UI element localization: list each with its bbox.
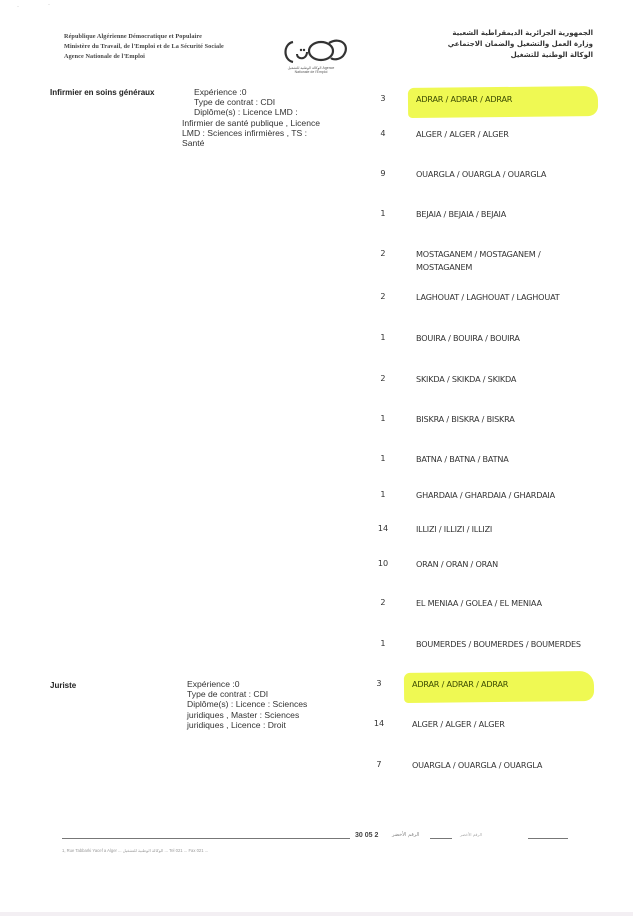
location-row: 14ILLIZI / ILLIZI / ILLIZI xyxy=(370,523,610,553)
location-name: BEJAIA / BEJAIA / BEJAIA xyxy=(416,208,594,221)
header-line-republic: République Algérienne Démocratique et Po… xyxy=(64,32,284,42)
location-name: EL MENIAA / GOLEA / EL MENIAA xyxy=(416,597,594,610)
footer-address: 1, Rue Tabbarki Yacef a Alger ... الوكال… xyxy=(62,848,572,853)
location-row: 1BOUMERDES / BOUMERDES / BOUMERDES xyxy=(370,638,610,668)
location-name: MOSTAGANEM / MOSTAGANEM / MOSTAGANEM xyxy=(416,248,594,273)
location-row: 2SKIKDA / SKIKDA / SKIKDA xyxy=(370,373,610,403)
location-row: 9OUARGLA / OUARGLA / OUARGLA xyxy=(370,168,610,198)
bottom-edge xyxy=(0,912,633,916)
location-row: 10ORAN / ORAN / ORAN xyxy=(370,558,610,588)
location-row: 1BISKRA / BISKRA / BISKRA xyxy=(370,413,610,443)
location-count: 3 xyxy=(366,678,392,688)
detail-line: Type de contrat : CDI xyxy=(194,97,372,107)
job-title: Juriste xyxy=(50,681,76,690)
location-row: 4ALGER / ALGER / ALGER xyxy=(370,128,610,158)
location-row: 1BATNA / BATNA / BATNA xyxy=(370,453,610,483)
location-name: ALGER / ALGER / ALGER xyxy=(412,718,590,731)
location-count: 1 xyxy=(370,638,396,648)
location-count: 1 xyxy=(370,453,396,463)
location-count: 2 xyxy=(370,291,396,301)
detail-line: Expérience :0 xyxy=(187,679,365,689)
location-name: ORAN / ORAN / ORAN xyxy=(416,558,594,571)
location-row: 3ADRAR / ADRAR / ADRAR xyxy=(366,678,606,708)
location-count: 2 xyxy=(370,248,396,258)
footer-divider xyxy=(430,838,452,839)
location-count: 4 xyxy=(370,128,396,138)
location-count: 9 xyxy=(370,168,396,178)
location-name: ADRAR / ADRAR / ADRAR xyxy=(416,93,594,106)
header-right-arabic: الجمهورية الجزائرية الديمقراطية الشعبية … xyxy=(363,28,593,61)
location-count: 1 xyxy=(370,489,396,499)
header-line-ministry: Ministère du Travail, de l'Emploi et de … xyxy=(64,42,284,52)
location-name: ILLIZI / ILLIZI / ILLIZI xyxy=(416,523,594,536)
location-row: 2LAGHOUAT / LAGHOUAT / LAGHOUAT xyxy=(370,291,610,321)
location-name: GHARDAIA / GHARDAIA / GHARDAIA xyxy=(416,489,594,502)
detail-line: juridiques , Master : Sciences xyxy=(187,710,365,720)
location-name: BOUIRA / BOUIRA / BOUIRA xyxy=(416,332,594,345)
scan-artifact: · xyxy=(17,4,19,10)
detail-line: Diplôme(s) : Licence LMD : xyxy=(194,107,372,117)
location-name: ADRAR / ADRAR / ADRAR xyxy=(412,678,590,691)
footer-arabic-small: الرقم الأخضر xyxy=(460,832,482,837)
location-count: 1 xyxy=(370,208,396,218)
location-name: BISKRA / BISKRA / BISKRA xyxy=(416,413,594,426)
detail-line: Infirmier de santé publique , Licence xyxy=(182,118,372,128)
location-count: 7 xyxy=(366,759,392,769)
location-count: 14 xyxy=(370,523,396,533)
location-count: 14 xyxy=(366,718,392,728)
job-details: Expérience :0 Type de contrat : CDI Dipl… xyxy=(194,87,372,148)
location-count: 2 xyxy=(370,373,396,383)
location-row: 1BEJAIA / BEJAIA / BEJAIA xyxy=(370,208,610,238)
location-count: 1 xyxy=(370,413,396,423)
location-name: OUARGLA / OUARGLA / OUARGLA xyxy=(416,168,594,181)
footer-date: 30 05 2 xyxy=(355,832,378,839)
logo-caption: الوكالة الوطنية للتشغيل Agence Nationale… xyxy=(281,66,341,74)
header-line-agency-ar: الوكالة الوطنية للتشغيل xyxy=(363,50,593,61)
location-name: OUARGLA / OUARGLA / OUARGLA xyxy=(412,759,590,772)
detail-line: Santé xyxy=(182,138,372,148)
location-name: BOUMERDES / BOUMERDES / BOUMERDES xyxy=(416,638,594,651)
location-name: BATNA / BATNA / BATNA xyxy=(416,453,594,466)
detail-line: Type de contrat : CDI xyxy=(187,689,365,699)
location-row: 2EL MENIAA / GOLEA / EL MENIAA xyxy=(370,597,610,627)
header-left-french: République Algérienne Démocratique et Po… xyxy=(64,32,284,62)
job-title: Infirmier en soins généraux xyxy=(50,88,154,97)
scan-artifact: · xyxy=(48,2,50,8)
location-row: 14ALGER / ALGER / ALGER xyxy=(366,718,606,748)
location-row: 1BOUIRA / BOUIRA / BOUIRA xyxy=(370,332,610,362)
detail-line: LMD : Sciences infirmières , TS : xyxy=(182,128,372,138)
footer-arabic-label: الرقم الأخضر xyxy=(392,832,419,838)
location-name: SKIKDA / SKIKDA / SKIKDA xyxy=(416,373,594,386)
location-count: 3 xyxy=(370,93,396,103)
location-count: 2 xyxy=(370,597,396,607)
footer-divider xyxy=(62,838,350,839)
location-row: 1GHARDAIA / GHARDAIA / GHARDAIA xyxy=(370,489,610,519)
header-line-agency: Agence Nationale de l'Emploi xyxy=(64,52,284,62)
header-line-ministry-ar: وزارة العمل والتشغيل والضمان الاجتماعي xyxy=(363,39,593,50)
detail-line: Expérience :0 xyxy=(194,87,372,97)
footer-divider xyxy=(528,838,568,839)
location-name: ALGER / ALGER / ALGER xyxy=(416,128,594,141)
detail-line: juridiques , Licence : Droit xyxy=(187,720,365,730)
detail-line: Diplôme(s) : Licence : Sciences xyxy=(187,699,365,709)
location-name: LAGHOUAT / LAGHOUAT / LAGHOUAT xyxy=(416,291,594,304)
location-row: 7OUARGLA / OUARGLA / OUARGLA xyxy=(366,759,606,789)
job-details: Expérience :0 Type de contrat : CDI Dipl… xyxy=(187,679,365,730)
location-row: 2MOSTAGANEM / MOSTAGANEM / MOSTAGANEM xyxy=(370,248,610,278)
location-count: 10 xyxy=(370,558,396,568)
header-line-republic-ar: الجمهورية الجزائرية الديمقراطية الشعبية xyxy=(363,28,593,39)
location-row: 3ADRAR / ADRAR / ADRAR xyxy=(370,93,610,123)
location-count: 1 xyxy=(370,332,396,342)
